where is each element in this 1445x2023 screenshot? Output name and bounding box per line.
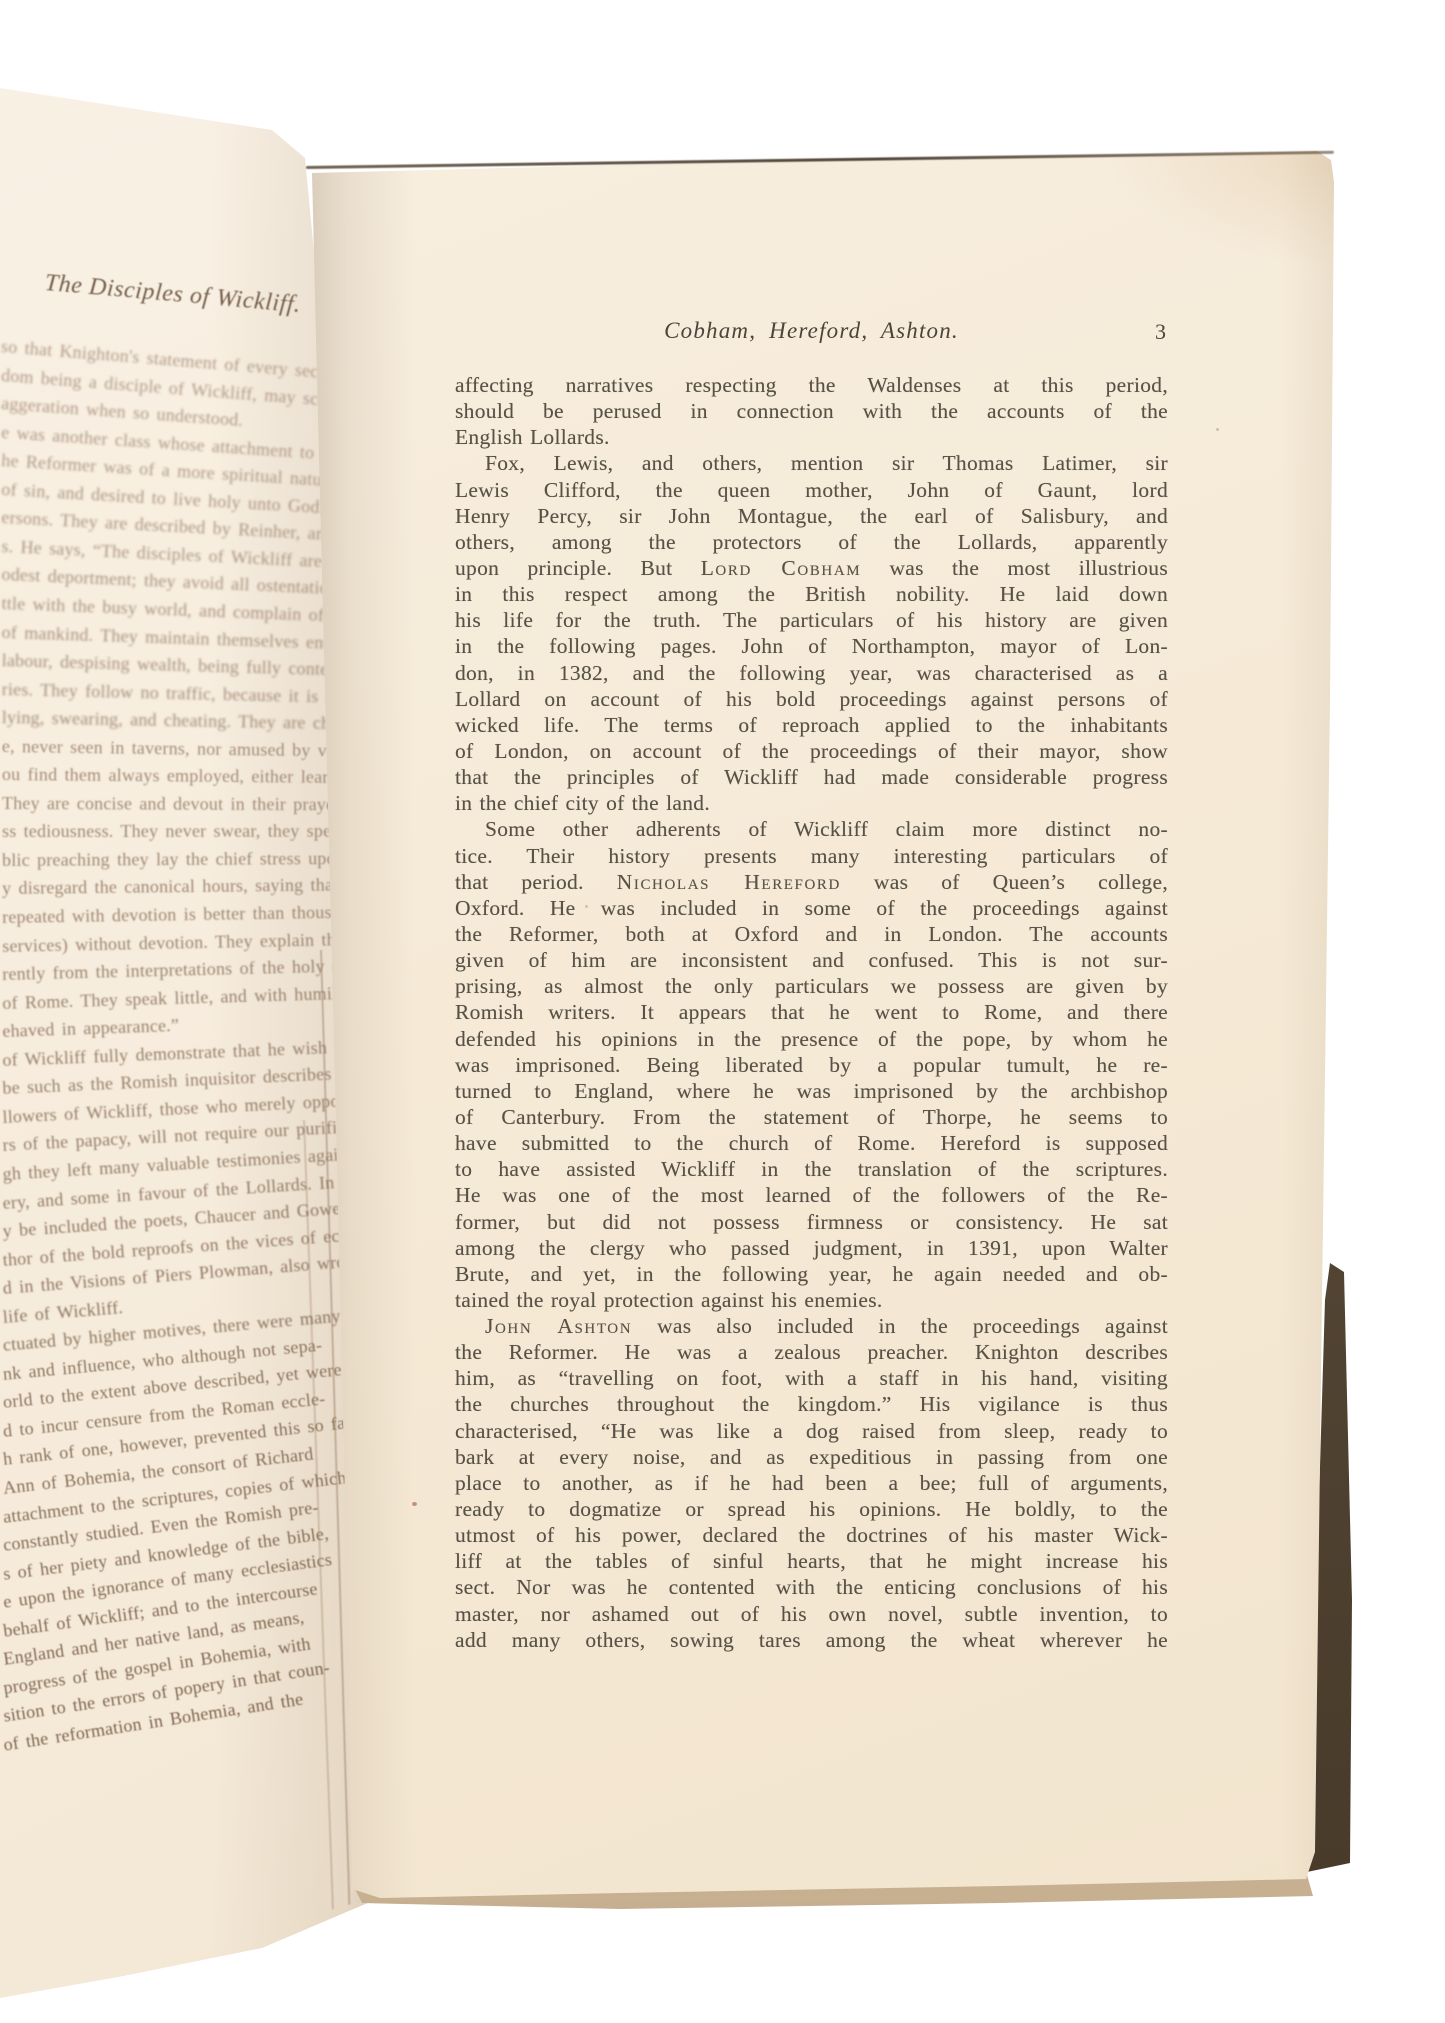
text-line: Lollard on account of his bold proceedin…	[455, 686, 1168, 712]
text-line: in the chief city of the land.	[455, 790, 1168, 816]
left-page-line: ss tediousness. They never swear, they s…	[2, 821, 339, 842]
text-line: John Ashton was also included in the pro…	[455, 1313, 1168, 1339]
left-page-line: e, never seen in taverns, nor amused by …	[2, 736, 336, 761]
text-line: among the clergy who passed judgment, in…	[455, 1235, 1168, 1261]
text-line: place to another, as if he had been a be…	[455, 1470, 1168, 1496]
text-line: former, but did not possess firmness or …	[455, 1209, 1168, 1235]
text-line: Romish writers. It appears that he went …	[455, 999, 1168, 1025]
text-line: the Reformer, both at Oxford and in Lond…	[455, 921, 1168, 947]
text-line: turned to England, where he was imprison…	[455, 1078, 1168, 1104]
right-page-corner-tint	[1105, 150, 1345, 270]
page-number: 3	[1155, 319, 1166, 345]
text-line: his life for the truth. The particulars …	[455, 607, 1168, 633]
left-page-line: life of Wickliff.	[2, 1297, 124, 1328]
text-line: tained the royal protection against his …	[455, 1287, 1168, 1313]
right-page-text: affecting narratives respecting the Wald…	[455, 372, 1168, 1653]
text-line: that period. Nicholas Hereford was of Qu…	[455, 869, 1168, 895]
text-line: him, as “travelling on foot, with a staf…	[455, 1365, 1168, 1391]
paragraph: Fox, Lewis, and others, mention sir Thom…	[455, 450, 1168, 816]
text-line: wicked life. The terms of reproach appli…	[455, 712, 1168, 738]
text-line: affecting narratives respecting the Wald…	[455, 372, 1168, 398]
text-line: of London, on account of the proceedings…	[455, 738, 1168, 764]
text-line: English Lollards.	[455, 424, 1168, 450]
left-page-line: They are concise and devout in their pra…	[2, 793, 334, 815]
paragraph: Some other adherents of Wickliff claim m…	[455, 816, 1168, 1313]
text-line: the churches throughout the kingdom.” Hi…	[455, 1391, 1168, 1417]
text-line: to have assisted Wickliff in the transla…	[455, 1156, 1168, 1182]
text-line: Brute, and yet, in the following year, h…	[455, 1261, 1168, 1287]
left-page-line: blic preaching they lay the chief stress…	[2, 848, 336, 871]
text-line: upon principle. But Lord Cobham was the …	[455, 555, 1168, 581]
left-page-line: ehaved in appearance.”	[2, 1015, 179, 1042]
text-line: add many others, sowing tares among the …	[455, 1627, 1168, 1653]
text-line: characterised, “He was like a dog raised…	[455, 1418, 1168, 1444]
text-line: He was one of the most learned of the fo…	[455, 1182, 1168, 1208]
text-line: liff at the tables of sinful hearts, tha…	[455, 1548, 1168, 1574]
text-line: Fox, Lewis, and others, mention sir Thom…	[455, 450, 1168, 476]
text-line: master, nor ashamed out of his own novel…	[455, 1601, 1168, 1627]
paragraph: John Ashton was also included in the pro…	[455, 1313, 1168, 1653]
text-line: Some other adherents of Wickliff claim m…	[455, 816, 1168, 842]
text-line: given of him are inconsistent and confus…	[455, 947, 1168, 973]
text-line: in this respect among the British nobili…	[455, 581, 1168, 607]
text-line: don, in 1382, and the following year, wa…	[455, 660, 1168, 686]
text-line: of Canterbury. From the statement of Tho…	[455, 1104, 1168, 1130]
book-photo: The Disciples of Wickliff. so that Knigh…	[0, 0, 1445, 2023]
text-line: ready to dogmatize or spread his opinion…	[455, 1496, 1168, 1522]
text-line: in the following pages. John of Northamp…	[455, 633, 1168, 659]
text-line: the Reformer. He was a zealous preacher.…	[455, 1339, 1168, 1365]
running-head: Cobham, Hereford, Ashton.	[455, 318, 1168, 344]
small-caps-name: John Ashton	[485, 1314, 632, 1338]
paper-speck	[412, 1502, 417, 1506]
text-line: have submitted to the church of Rome. He…	[455, 1130, 1168, 1156]
text-line: Oxford. He was included in some of the p…	[455, 895, 1168, 921]
text-line: sect. Nor was he contented with the enti…	[455, 1574, 1168, 1600]
paragraph: affecting narratives respecting the Wald…	[455, 372, 1168, 450]
text-line: Lewis Clifford, the queen mother, John o…	[455, 477, 1168, 503]
text-line: should be perused in connection with the…	[455, 398, 1168, 424]
left-page-line: ou find them always employed, either lea…	[2, 764, 362, 788]
text-line: that the principles of Wickliff had made…	[455, 764, 1168, 790]
text-line: bark at every noise, and as expeditious …	[455, 1444, 1168, 1470]
text-line: was imprisoned. Being liberated by a pop…	[455, 1052, 1168, 1078]
page-header-row: Cobham, Hereford, Ashton. 3	[455, 318, 1168, 352]
small-caps-name: Nicholas Hereford	[617, 870, 841, 894]
text-line: tice. Their history presents many intere…	[455, 843, 1168, 869]
text-line: utmost of his power, declared the doctri…	[455, 1522, 1168, 1548]
left-page-line: y disregard the canonical hours, saying …	[2, 875, 360, 900]
small-caps-name: Lord Cobham	[701, 556, 862, 580]
paper-speck	[1216, 428, 1219, 431]
text-line: Henry Percy, sir John Montague, the earl…	[455, 503, 1168, 529]
paper-speck	[585, 905, 588, 908]
text-line: defended his opinions in the presence of…	[455, 1026, 1168, 1052]
text-line: prising, as almost the only particulars …	[455, 973, 1168, 999]
text-line: others, among the protectors of the Loll…	[455, 529, 1168, 555]
